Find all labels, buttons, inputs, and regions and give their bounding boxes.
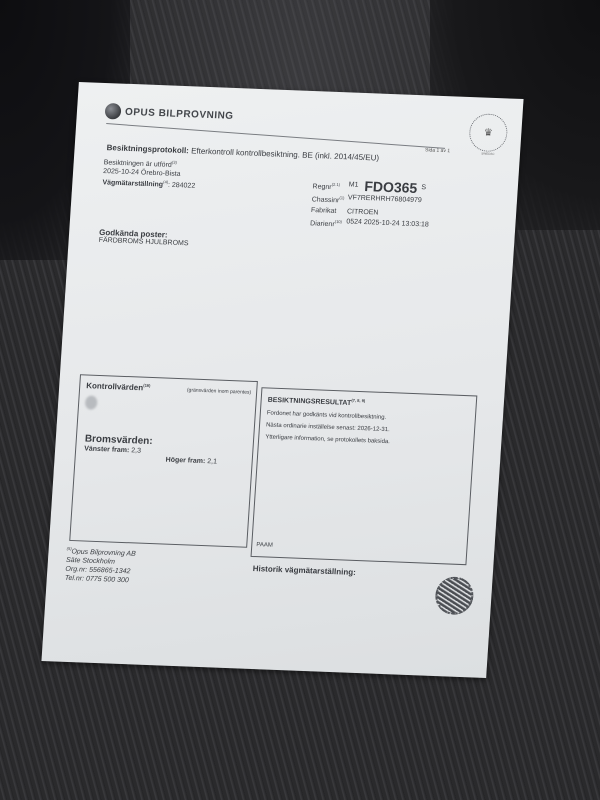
result-line-next-inspection: Nästa ordinarie inställelse senast: 2026… bbox=[266, 422, 390, 433]
footnote-ref: (16) bbox=[143, 383, 150, 388]
footnote-ref: (1) bbox=[339, 195, 344, 200]
left-front-brake: Vänster fram: 2,3 bbox=[84, 445, 141, 454]
approved-items: Godkända poster: FÄRDBROMS HJULBROMS bbox=[98, 228, 189, 247]
smudge-mark bbox=[85, 395, 98, 409]
reg-prefix: M1 bbox=[348, 180, 359, 194]
company-footer: (5)Opus Bilprovning AB Säte Stockholm Or… bbox=[65, 544, 137, 586]
left-front-label: Vänster fram: bbox=[84, 445, 130, 454]
odometer-reading: Vägmätarställning(4): 284022 bbox=[102, 177, 195, 190]
brand-logo: OPUS BILPROVNING bbox=[105, 103, 235, 124]
company-phone: Tel.nr: 0775 500 300 bbox=[65, 574, 135, 586]
left-front-value: 2,3 bbox=[131, 447, 141, 454]
reg-suffix: S bbox=[421, 183, 427, 196]
inspection-result-box: BESIKTNINGSRESULTAT(7, 8, 9) Fordonet ha… bbox=[251, 387, 478, 565]
right-front-brake: Höger fram: 2,1 bbox=[165, 457, 217, 466]
footnote-ref: (4) bbox=[163, 179, 168, 184]
footnote-ref: (3) bbox=[172, 160, 177, 165]
protocol-title-rest: Efterkontroll kontrollbesiktning. BE (in… bbox=[191, 146, 380, 162]
odometer-label: Vägmätarställning bbox=[102, 179, 163, 188]
certification-seal-icon bbox=[434, 576, 474, 615]
right-front-value: 2,1 bbox=[207, 458, 217, 465]
swedac-label: SWEDAC bbox=[468, 151, 508, 157]
diary-value: 0524 2025-10-24 13:03:18 bbox=[346, 217, 429, 233]
result-heading: BESIKTNINGSRESULTAT bbox=[267, 397, 351, 407]
footnote-ref: (10) bbox=[335, 219, 342, 224]
inspector-signature: PAAM bbox=[256, 542, 273, 549]
chassis-label: Chassinr bbox=[311, 197, 339, 205]
right-front-label: Höger fram: bbox=[165, 457, 205, 466]
diary-label: Diarienr bbox=[310, 220, 335, 228]
odometer-history-label: Historik vägmätarställning: bbox=[252, 564, 356, 577]
inspection-protocol-document: OPUS BILPROVNING ♛ SWEDAC Sida 1 av 1 Be… bbox=[41, 82, 523, 678]
vehicle-info: Regnr(2.1) M1 FDO365 S Chassinr(1) VF7RE… bbox=[310, 179, 432, 233]
result-line-more-info: Ytterligare information, se protokollets… bbox=[265, 434, 390, 445]
footnote-ref: (2.1) bbox=[332, 182, 341, 187]
control-values-heading: Kontrollvärden bbox=[86, 381, 143, 392]
footnote-ref: (7, 8, 9) bbox=[351, 398, 365, 404]
limits-note: (gränsvärden inom parentes) bbox=[187, 387, 252, 395]
opus-globe-icon bbox=[105, 103, 122, 120]
protocol-title-bold: Besiktningsprotokoll: bbox=[106, 143, 189, 155]
result-line-approved: Fordonet har godkänts vid kontrollbesikt… bbox=[267, 410, 387, 421]
page-indicator: Sida 1 av 1 bbox=[425, 147, 450, 154]
swedac-accreditation-icon: ♛ bbox=[468, 113, 508, 152]
odometer-value: 284022 bbox=[172, 182, 196, 190]
control-values-box: Kontrollvärden(16) (gränsvärden inom par… bbox=[69, 374, 258, 548]
reg-label: Regnr bbox=[312, 183, 332, 191]
inspection-performed: Besiktningen är utförd(3) 2025-10-24 Öre… bbox=[103, 155, 182, 179]
brand-name: OPUS BILPROVNING bbox=[125, 106, 234, 121]
